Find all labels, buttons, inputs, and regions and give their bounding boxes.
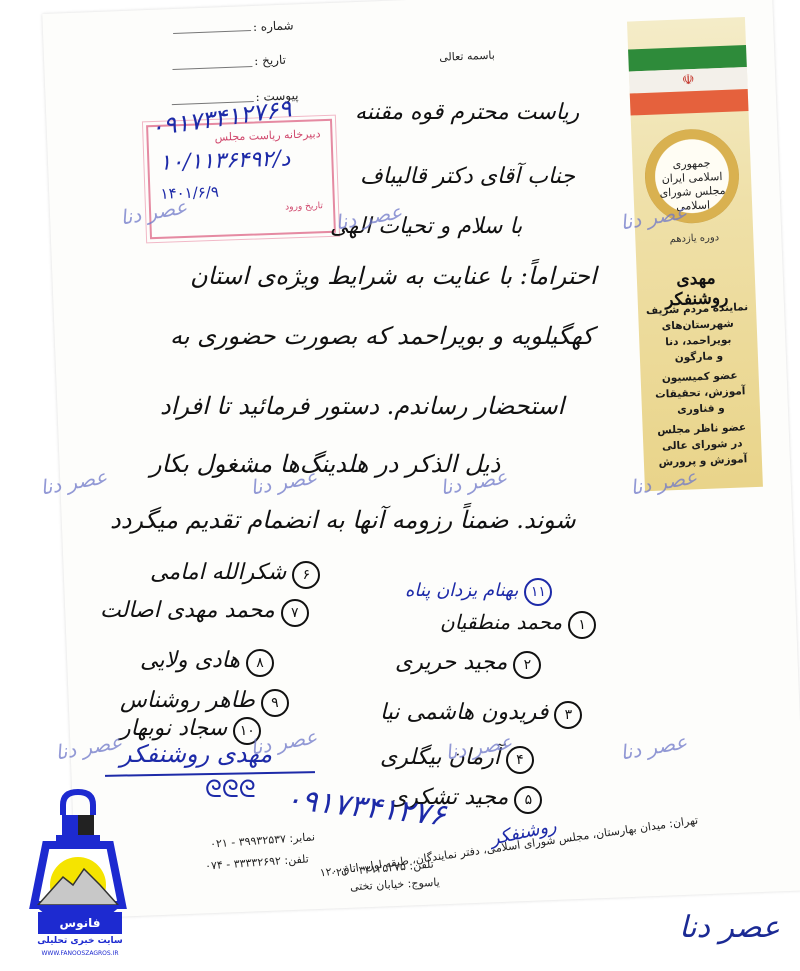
name-item-9: ۹طاهر روشناس — [120, 688, 289, 717]
name-item-8: ۸هادی ولایی — [140, 648, 274, 677]
term-label: دوره یازدهم — [645, 231, 743, 246]
letterhead-strip: ☫ جمهوری اسلامی ایران مجلس شورای اسلامی … — [627, 17, 763, 491]
watermark-logo: عصر دنا — [679, 910, 780, 945]
representative-titles: نماینده مردم شریف شهرستان‌های بویراحمد، … — [644, 299, 756, 471]
logo-subtitle: سایت خبری تحلیلی — [34, 936, 126, 946]
number-line — [173, 30, 251, 34]
addressee-name: جناب آقای دکتر قالیباف — [360, 164, 575, 189]
date-line — [172, 66, 252, 70]
name-item-11: ۱۱بهنام یزدان پناه — [405, 578, 552, 606]
stamp-number: د/۱۰/۱۱۳۶۴۹۲ — [159, 146, 291, 176]
name-item-6: ۶شکرالله امامی — [150, 560, 320, 589]
addressee-title: ریاست محترم قوه مقننه — [355, 100, 579, 125]
body-line-1: احتراماً: با عنایت به شرایط ویژه‌ی استان — [190, 262, 597, 290]
body-line-5: شوند. ضمناً رزومه آنها به انضمام تقدیم م… — [110, 506, 576, 534]
name-item-1: ۱محمد منطقیان — [440, 610, 596, 639]
stamp-date-label: تاریخ ورود — [285, 201, 323, 212]
logo-url: WWW.FANOOSZAGROS.IR — [28, 950, 132, 957]
signature-scribble: ᘓᘓᘓ — [205, 775, 256, 803]
iran-flag: ☫ — [628, 45, 748, 115]
logo-title: فانوس زاگرس — [38, 912, 122, 934]
name-item-3: ۳فریدون هاشمی نیا — [380, 700, 582, 729]
name-item-7: ۷محمد مهدی اصالت — [100, 598, 309, 627]
number-label: شماره : — [253, 18, 294, 34]
name-item-2: ۲مجید حریری — [395, 650, 541, 679]
basmala: باسمه تعالی — [439, 49, 495, 64]
body-line-2: کهگیلویه و بویراحمد که بصورت حضوری به — [170, 322, 594, 350]
body-line-3: استحضار رساندم. دستور فرمائید تا افراد — [160, 392, 564, 420]
date-label: تاریخ : — [254, 53, 286, 68]
